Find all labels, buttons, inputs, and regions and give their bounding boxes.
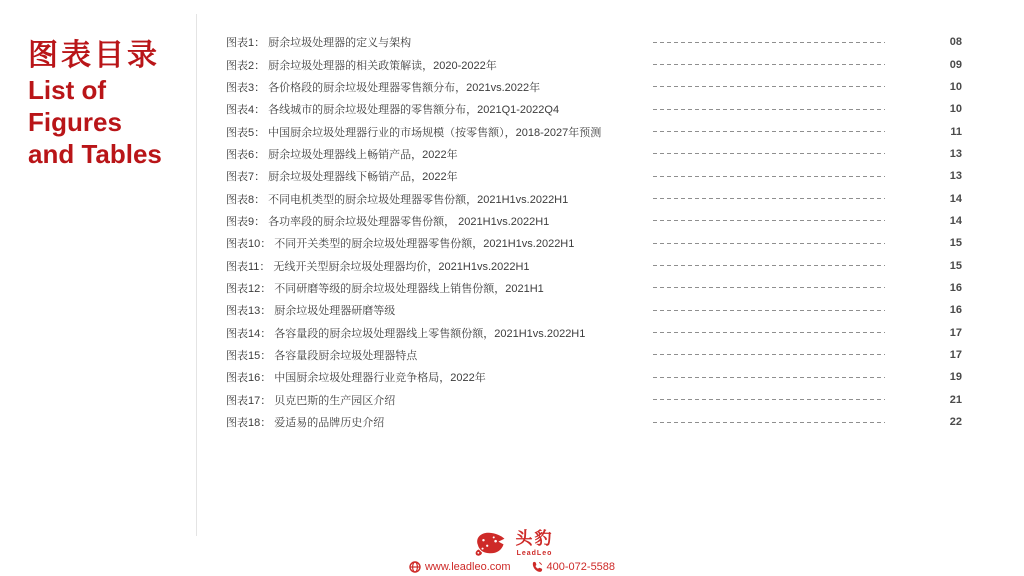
toc-entry-page: 22 bbox=[885, 416, 962, 428]
toc-entry-label: 图表6： bbox=[226, 149, 265, 161]
page-title-en-line1: List of bbox=[28, 74, 162, 106]
toc-entry-label: 图表13： bbox=[226, 305, 271, 317]
toc-entry-text: 图表1：厨余垃圾处理器的定义与架构 bbox=[226, 34, 653, 50]
toc-entry-title: 厨余垃圾处理器的定义与架构 bbox=[268, 37, 411, 49]
toc-entry[interactable]: 图表11：无线开关型厨余垃圾处理器均价，2021H1vs.2022H115 bbox=[226, 254, 962, 276]
toc-entry-page: 08 bbox=[885, 36, 962, 48]
page-title-zh: 图表目录 bbox=[28, 38, 162, 74]
toc-entry-page: 16 bbox=[885, 282, 962, 294]
toc-entry-text: 图表9：各功率段的厨余垃圾处理器零售份额， 2021H1vs.2022H1 bbox=[226, 213, 653, 229]
toc-entry-label: 图表4： bbox=[226, 104, 265, 116]
dotted-leader bbox=[653, 220, 885, 221]
toc-entry[interactable]: 图表16：中国厨余垃圾处理器行业竞争格局，2022年19 bbox=[226, 366, 962, 388]
toc-entry-text: 图表10：不同开关类型的厨余垃圾处理器零售份额，2021H1vs.2022H1 bbox=[226, 235, 653, 251]
dotted-leader bbox=[653, 198, 885, 199]
dotted-leader bbox=[653, 354, 885, 355]
toc-entry-title: 不同研磨等级的厨余垃圾处理器线上销售份额，2021H1 bbox=[274, 283, 544, 295]
toc-entry-title: 各功率段的厨余垃圾处理器零售份额， 2021H1vs.2022H1 bbox=[268, 216, 549, 228]
dotted-leader bbox=[653, 287, 885, 288]
toc-entry-text: 图表7：厨余垃圾处理器线下畅销产品，2022年 bbox=[226, 168, 653, 184]
toc-entry-title: 无线开关型厨余垃圾处理器均价，2021H1vs.2022H1 bbox=[273, 261, 529, 273]
toc-entry-page: 10 bbox=[885, 81, 962, 93]
toc-entry-text: 图表15：各容量段厨余垃圾处理器特点 bbox=[226, 347, 653, 363]
brand-name-zh: 头豹 bbox=[516, 530, 554, 547]
toc-entry-page: 21 bbox=[885, 394, 962, 406]
toc-list: 图表1：厨余垃圾处理器的定义与架构08图表2：厨余垃圾处理器的相关政策解读，20… bbox=[226, 31, 962, 433]
toc-entry[interactable]: 图表17：贝克巴斯的生产园区介绍21 bbox=[226, 389, 962, 411]
toc-entry-text: 图表17：贝克巴斯的生产园区介绍 bbox=[226, 392, 653, 408]
toc-entry[interactable]: 图表13：厨余垃圾处理器研磨等级16 bbox=[226, 299, 962, 321]
dotted-leader bbox=[653, 131, 885, 132]
toc-entry-label: 图表11： bbox=[226, 261, 270, 273]
toc-entry[interactable]: 图表5：中国厨余垃圾处理器行业的市场规模（按零售额），2018-2027年预测1… bbox=[226, 120, 962, 142]
dotted-leader bbox=[653, 422, 885, 423]
dotted-leader bbox=[653, 86, 885, 87]
toc-entry-label: 图表18： bbox=[226, 417, 271, 429]
toc-entry[interactable]: 图表3：各价格段的厨余垃圾处理器零售额分布，2021vs.2022年10 bbox=[226, 76, 962, 98]
dotted-leader bbox=[653, 42, 885, 43]
toc-entry[interactable]: 图表15：各容量段厨余垃圾处理器特点17 bbox=[226, 344, 962, 366]
toc-entry-label: 图表17： bbox=[226, 395, 271, 407]
dotted-leader bbox=[653, 377, 885, 378]
toc-entry[interactable]: 图表9：各功率段的厨余垃圾处理器零售份额， 2021H1vs.2022H114 bbox=[226, 210, 962, 232]
page-title: 图表目录 List of Figures and Tables bbox=[28, 38, 162, 170]
toc-entry-label: 图表1： bbox=[226, 37, 265, 49]
toc-entry-page: 13 bbox=[885, 148, 962, 160]
toc-entry-title: 各容量段厨余垃圾处理器特点 bbox=[274, 350, 417, 362]
toc-entry-title: 厨余垃圾处理器线下畅销产品，2022年 bbox=[268, 171, 457, 183]
toc-entry-label: 图表14： bbox=[226, 328, 271, 340]
toc-entry-text: 图表5：中国厨余垃圾处理器行业的市场规模（按零售额），2018-2027年预测 bbox=[226, 124, 653, 140]
page-title-en-line3: and Tables bbox=[28, 138, 162, 170]
toc-entry-label: 图表16： bbox=[226, 372, 271, 384]
toc-entry-page: 10 bbox=[885, 103, 962, 115]
toc-entry[interactable]: 图表18：爱适易的品牌历史介绍22 bbox=[226, 411, 962, 433]
toc-entry-page: 15 bbox=[885, 237, 962, 249]
toc-entry-text: 图表13：厨余垃圾处理器研磨等级 bbox=[226, 302, 653, 318]
leopard-logo-icon bbox=[471, 529, 509, 557]
phone-link[interactable]: 400-072-5588 bbox=[531, 561, 616, 573]
toc-entry[interactable]: 图表8：不同电机类型的厨余垃圾处理器零售份额，2021H1vs.2022H114 bbox=[226, 187, 962, 209]
toc-entry-text: 图表2：厨余垃圾处理器的相关政策解读，2020-2022年 bbox=[226, 57, 653, 73]
toc-entry-title: 各价格段的厨余垃圾处理器零售额分布，2021vs.2022年 bbox=[268, 82, 540, 94]
toc-entry-title: 各容量段的厨余垃圾处理器线上零售额份额，2021H1vs.2022H1 bbox=[274, 328, 585, 340]
toc-entry-title: 厨余垃圾处理器研磨等级 bbox=[274, 305, 395, 317]
toc-entry-text: 图表6：厨余垃圾处理器线上畅销产品，2022年 bbox=[226, 146, 653, 162]
toc-entry-label: 图表8： bbox=[226, 194, 265, 206]
brand-text: 头豹 LeadLeo bbox=[516, 530, 554, 557]
toc-entry[interactable]: 图表12：不同研磨等级的厨余垃圾处理器线上销售份额，2021H116 bbox=[226, 277, 962, 299]
toc-entry-label: 图表10： bbox=[226, 238, 271, 250]
dotted-leader bbox=[653, 153, 885, 154]
brand-name-en: LeadLeo bbox=[517, 550, 553, 557]
toc-entry[interactable]: 图表1：厨余垃圾处理器的定义与架构08 bbox=[226, 31, 962, 53]
globe-icon bbox=[409, 561, 421, 573]
toc-entry-page: 19 bbox=[885, 371, 962, 383]
dotted-leader bbox=[653, 176, 885, 177]
toc-entry[interactable]: 图表7：厨余垃圾处理器线下畅销产品，2022年13 bbox=[226, 165, 962, 187]
toc-entry-page: 14 bbox=[885, 193, 962, 205]
toc-entry-title: 各线城市的厨余垃圾处理器的零售额分布，2021Q1-2022Q4 bbox=[268, 104, 559, 116]
toc-entry[interactable]: 图表4：各线城市的厨余垃圾处理器的零售额分布，2021Q1-2022Q410 bbox=[226, 98, 962, 120]
footer: 头豹 LeadLeo www.leadleo.com 400-072-55 bbox=[0, 529, 1024, 573]
dotted-leader bbox=[653, 332, 885, 333]
toc-entry-text: 图表12：不同研磨等级的厨余垃圾处理器线上销售份额，2021H1 bbox=[226, 280, 653, 296]
toc-entry-page: 17 bbox=[885, 349, 962, 361]
website-link[interactable]: www.leadleo.com bbox=[409, 561, 511, 573]
toc-entry-label: 图表12： bbox=[226, 283, 271, 295]
toc-entry-label: 图表15： bbox=[226, 350, 271, 362]
toc-entry-text: 图表3：各价格段的厨余垃圾处理器零售额分布，2021vs.2022年 bbox=[226, 79, 653, 95]
toc-entry[interactable]: 图表14：各容量段的厨余垃圾处理器线上零售额份额，2021H1vs.2022H1… bbox=[226, 321, 962, 343]
toc-entry-text: 图表16：中国厨余垃圾处理器行业竞争格局，2022年 bbox=[226, 369, 653, 385]
toc-entry-label: 图表3： bbox=[226, 82, 265, 94]
toc-entry-label: 图表7： bbox=[226, 171, 265, 183]
vertical-divider bbox=[196, 14, 197, 536]
brand-logo: 头豹 LeadLeo bbox=[471, 529, 554, 557]
page-title-en-line2: Figures bbox=[28, 106, 162, 138]
toc-entry-text: 图表8：不同电机类型的厨余垃圾处理器零售份额，2021H1vs.2022H1 bbox=[226, 191, 653, 207]
toc-entry-text: 图表14：各容量段的厨余垃圾处理器线上零售额份额，2021H1vs.2022H1 bbox=[226, 325, 653, 341]
dotted-leader bbox=[653, 109, 885, 110]
footer-contact: www.leadleo.com 400-072-5588 bbox=[409, 561, 615, 573]
toc-entry-page: 15 bbox=[885, 260, 962, 272]
toc-entry-title: 厨余垃圾处理器的相关政策解读，2020-2022年 bbox=[268, 60, 497, 72]
toc-entry-page: 16 bbox=[885, 304, 962, 316]
toc-entry-title: 中国厨余垃圾处理器行业的市场规模（按零售额），2018-2027年预测 bbox=[268, 127, 601, 139]
toc-entry-title: 中国厨余垃圾处理器行业竞争格局，2022年 bbox=[274, 372, 485, 384]
toc-entry[interactable]: 图表10：不同开关类型的厨余垃圾处理器零售份额，2021H1vs.2022H11… bbox=[226, 232, 962, 254]
toc-entry[interactable]: 图表6：厨余垃圾处理器线上畅销产品，2022年13 bbox=[226, 143, 962, 165]
toc-entry-text: 图表4：各线城市的厨余垃圾处理器的零售额分布，2021Q1-2022Q4 bbox=[226, 101, 653, 117]
toc-entry[interactable]: 图表2：厨余垃圾处理器的相关政策解读，2020-2022年09 bbox=[226, 53, 962, 75]
toc-entry-title: 不同开关类型的厨余垃圾处理器零售份额，2021H1vs.2022H1 bbox=[274, 238, 574, 250]
dotted-leader bbox=[653, 310, 885, 311]
toc-entry-text: 图表11：无线开关型厨余垃圾处理器均价，2021H1vs.2022H1 bbox=[226, 258, 653, 274]
toc-entry-title: 贝克巴斯的生产园区介绍 bbox=[274, 395, 395, 407]
dotted-leader bbox=[653, 64, 885, 65]
dotted-leader bbox=[653, 399, 885, 400]
toc-entry-title: 爱适易的品牌历史介绍 bbox=[274, 417, 384, 429]
toc-entry-label: 图表9： bbox=[226, 216, 265, 228]
dotted-leader bbox=[653, 265, 885, 266]
website-text: www.leadleo.com bbox=[425, 561, 511, 573]
toc-entry-page: 13 bbox=[885, 170, 962, 182]
phone-text: 400-072-5588 bbox=[547, 561, 616, 573]
toc-entry-page: 14 bbox=[885, 215, 962, 227]
toc-entry-page: 17 bbox=[885, 327, 962, 339]
toc-entry-label: 图表2： bbox=[226, 60, 265, 72]
toc-entry-label: 图表5： bbox=[226, 127, 265, 139]
toc-entry-page: 11 bbox=[885, 126, 962, 138]
phone-icon bbox=[531, 561, 543, 573]
toc-entry-title: 厨余垃圾处理器线上畅销产品，2022年 bbox=[268, 149, 457, 161]
toc-entry-title: 不同电机类型的厨余垃圾处理器零售份额，2021H1vs.2022H1 bbox=[268, 194, 568, 206]
dotted-leader bbox=[653, 243, 885, 244]
toc-entry-text: 图表18：爱适易的品牌历史介绍 bbox=[226, 414, 653, 430]
toc-entry-page: 09 bbox=[885, 59, 962, 71]
